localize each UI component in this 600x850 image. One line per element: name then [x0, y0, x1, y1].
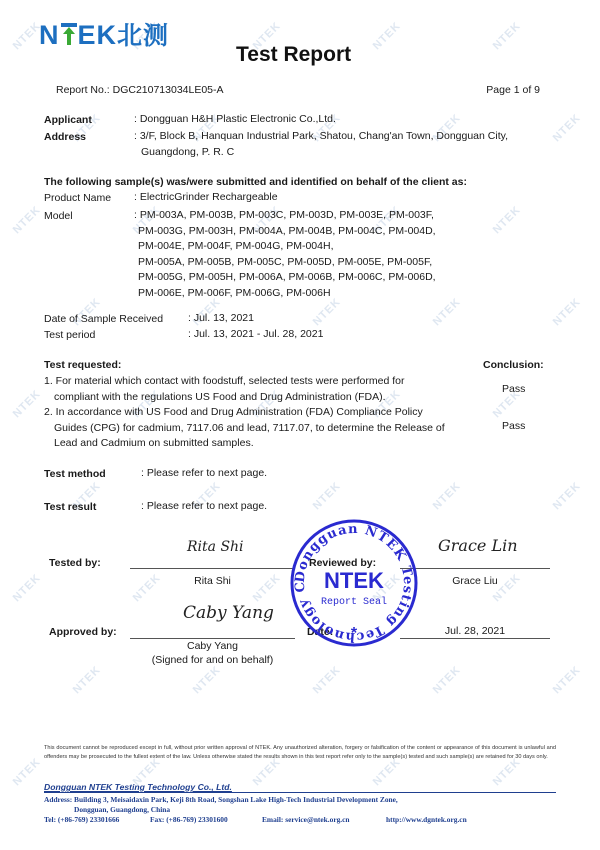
- test-requested-heading: Test requested:: [44, 359, 121, 371]
- test-result-label: Test result: [44, 501, 96, 513]
- test-method-value: : Please refer to next page.: [141, 466, 267, 482]
- test-period-value: : Jul. 13, 2021 - Jul. 28, 2021: [188, 327, 323, 343]
- test-item: 1. For material which contact with foods…: [44, 374, 434, 405]
- address-label: Address: [44, 131, 86, 143]
- test-item-line: 1. For material which contact with foods…: [44, 374, 434, 390]
- footer-company-name: Dongguan NTEK Testing Technology Co., Lt…: [44, 782, 232, 792]
- footer-address-line1: Address: Building 3, Meisaidaxin Park, K…: [44, 795, 398, 804]
- svg-text:NTEK: NTEK: [324, 568, 384, 593]
- test-period-label: Test period: [44, 329, 95, 341]
- model-list: : PM-003A, PM-003B, PM-003C, PM-003D, PM…: [134, 208, 474, 301]
- model-line: PM-005A, PM-005B, PM-005C, PM-005D, PM-0…: [134, 255, 474, 271]
- model-line: PM-005G, PM-005H, PM-006A, PM-006B, PM-0…: [134, 270, 474, 286]
- ntek-logo: NEK北测: [39, 22, 169, 49]
- conclusion-pass: Pass: [502, 420, 525, 432]
- sample-heading: The following sample(s) was/were submitt…: [44, 176, 467, 188]
- logo-chinese: 北测: [117, 21, 169, 50]
- tested-by-name: Rita Shi: [130, 575, 295, 587]
- date-received-value: : Jul. 13, 2021: [188, 311, 254, 327]
- model-label: Model: [44, 210, 73, 222]
- report-number: Report No.: DGC210713034LE05-A: [56, 84, 224, 96]
- model-line: PM-003G, PM-003H, PM-004A, PM-004B, PM-0…: [134, 224, 474, 240]
- test-requested-list: 1. For material which contact with foods…: [44, 374, 434, 452]
- footer-address-line2: Dongguan, Guangdong, China: [74, 805, 170, 814]
- footer-fax: Fax: (+86-769) 23301600: [150, 815, 228, 824]
- logo-letters-ek: EK: [78, 20, 118, 50]
- test-item-line: Lead and Cadmium on submitted samples.: [44, 436, 434, 452]
- tested-by-label: Tested by:: [49, 557, 101, 569]
- conclusion-heading: Conclusion:: [483, 359, 544, 371]
- svg-text:Report Seal: Report Seal: [321, 596, 387, 608]
- test-report-page: NEK北测 Test Report Report No.: DGC2107130…: [0, 0, 600, 850]
- date-received-label: Date of Sample Received: [44, 313, 163, 325]
- applicant-label: Applicant: [44, 114, 92, 126]
- product-name-label: Product Name: [44, 192, 111, 204]
- address-value-line1: : 3/F, Block B, Hanquan Industrial Park,…: [134, 129, 508, 145]
- tested-by-signature-line: [130, 568, 295, 569]
- legal-disclaimer: This document cannot be reproduced excep…: [44, 744, 556, 761]
- report-seal-stamp: Dongguan NTEK Testing Technology Co., Lt…: [289, 518, 419, 648]
- page-title: Test Report: [236, 43, 351, 67]
- date-signature-line: [400, 638, 550, 639]
- footer-divider: [44, 792, 556, 793]
- applicant-value: : Dongguan H&H Plastic Electronic Co.,Lt…: [134, 112, 336, 128]
- approved-by-signature: Caby Yang: [183, 603, 274, 623]
- model-line: PM-004E, PM-004F, PM-004G, PM-004H,: [134, 239, 474, 255]
- reviewed-by-signature: Grace Lin: [438, 536, 518, 555]
- logo-letter-n: N: [39, 20, 60, 50]
- address-value-line2: Guangdong, P. R. C: [141, 145, 234, 161]
- test-method-label: Test method: [44, 468, 106, 480]
- product-name-value: : ElectricGrinder Rechargeable: [134, 190, 278, 206]
- date-value: Jul. 28, 2021: [400, 625, 550, 637]
- footer-website-link[interactable]: http://www.dgntek.org.cn: [386, 815, 467, 824]
- footer-tel: Tel: (+86-769) 23301666: [44, 815, 119, 824]
- model-line: PM-006E, PM-006F, PM-006G, PM-006H: [134, 286, 474, 302]
- reviewed-by-name: Grace Liu: [400, 575, 550, 587]
- test-item-line: compliant with the regulations US Food a…: [44, 390, 434, 406]
- reviewed-by-signature-line: [400, 568, 550, 569]
- test-result-value: : Please refer to next page.: [141, 499, 267, 515]
- model-line: : PM-003A, PM-003B, PM-003C, PM-003D, PM…: [134, 208, 474, 224]
- page-number: Page 1 of 9: [486, 84, 540, 96]
- svg-text:*: *: [351, 625, 358, 642]
- footer-email[interactable]: Email: service@ntek.org.cn: [262, 815, 350, 824]
- approved-by-signature-line: [130, 638, 295, 639]
- conclusion-pass: Pass: [502, 383, 525, 395]
- logo-arrow-icon: [61, 23, 77, 45]
- test-item-line: 2. In accordance with US Food and Drug A…: [44, 405, 434, 421]
- approved-by-name: Caby Yang: [130, 640, 295, 652]
- test-item: 2. In accordance with US Food and Drug A…: [44, 405, 434, 452]
- test-item-line: Guides (CPG) for cadmium, 7117.06 and le…: [44, 421, 434, 437]
- tested-by-signature: Rita Shi: [187, 539, 244, 555]
- approved-by-label: Approved by:: [49, 626, 117, 638]
- approved-by-note: (Signed for and on behalf): [120, 654, 305, 666]
